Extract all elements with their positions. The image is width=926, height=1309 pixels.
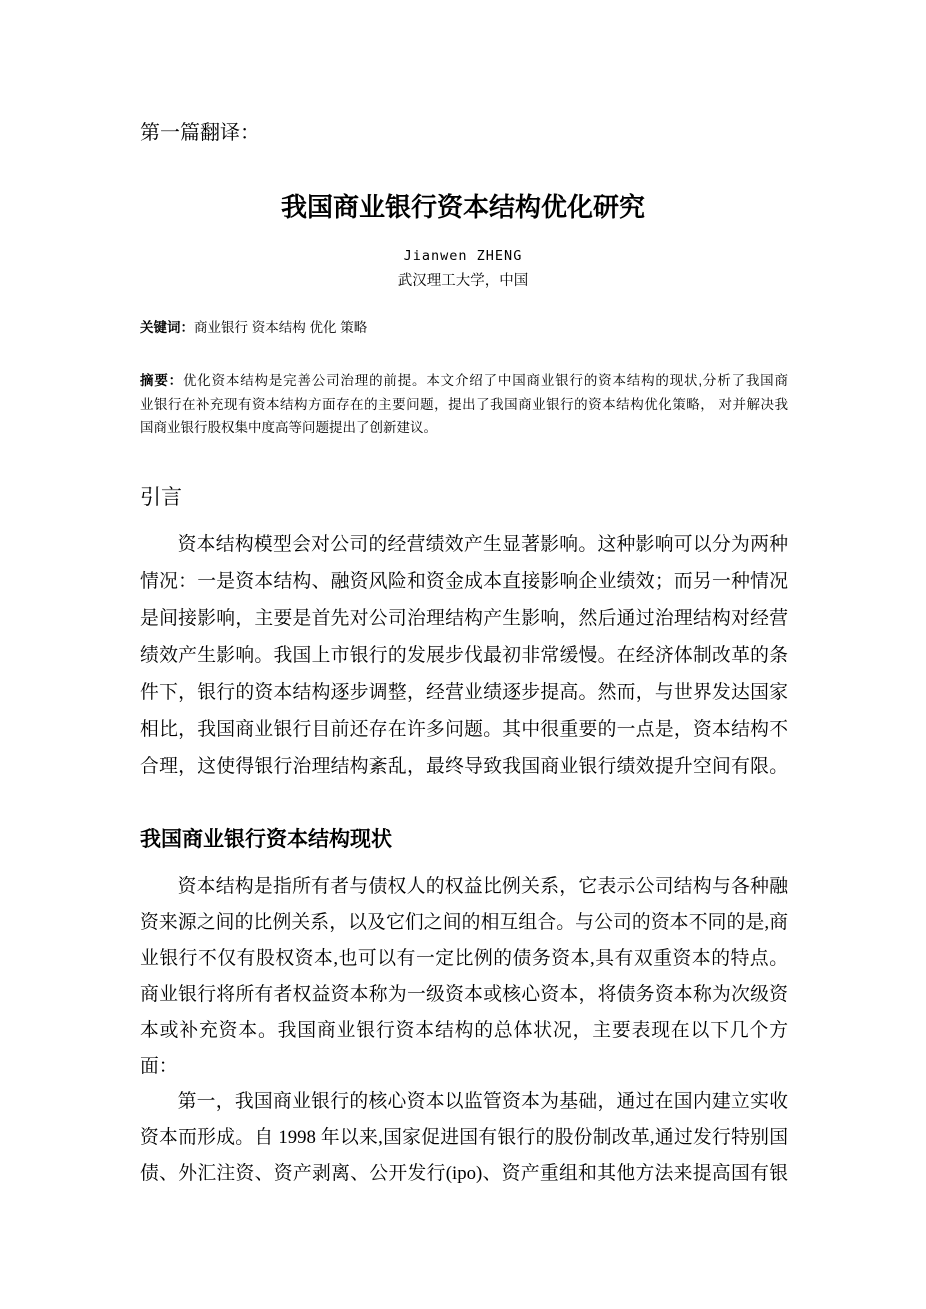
abstract-line: 业银行在补充现有资本结构方面存在的主要问题，提出了我国商业银行的资本结构优化策略… bbox=[140, 393, 788, 417]
body-line: 资本结构模型会对公司的经营绩效产生显著影响。这种影响可以分为两种 bbox=[140, 526, 788, 563]
keywords-label: 关键词： bbox=[140, 320, 194, 335]
body-line: 资来源之间的比例关系，以及它们之间的相互组合。与公司的资本不同的是,商 bbox=[140, 905, 788, 941]
abstract-label: 摘要： bbox=[140, 373, 183, 388]
paper-title: 我国商业银行资本结构优化研究 bbox=[0, 192, 926, 222]
author-name: Jianwen ZHENG bbox=[0, 247, 926, 265]
affiliation: 武汉理工大学，中国 bbox=[0, 271, 926, 291]
body-line: 资本结构是指所有者与债权人的权益比例关系，它表示公司结构与各种融 bbox=[140, 869, 788, 905]
translation-label: 第一篇翻译： bbox=[140, 119, 260, 147]
body-line: 合理，这使得银行治理结构紊乱，最终导致我国商业银行绩效提升空间有限。 bbox=[140, 748, 788, 785]
document-page: 第一篇翻译： 我国商业银行资本结构优化研究 Jianwen ZHENG 武汉理工… bbox=[0, 0, 926, 1309]
body-line: 情况：一是资本结构、融资风险和资金成本直接影响企业绩效；而另一种情况 bbox=[140, 563, 788, 600]
body-line: 绩效产生影响。我国上市银行的发展步伐最初非常缓慢。在经济体制改革的条 bbox=[140, 637, 788, 674]
body-line: 资本而形成。自 1998 年以来,国家促进国有银行的股份制改革,通过发行特别国 bbox=[140, 1120, 788, 1156]
body-line: 业银行不仅有股权资本,也可以有一定比例的债务资本,具有双重资本的特点。 bbox=[140, 941, 788, 977]
body-line: 本或补充资本。我国商业银行资本结构的总体状况，主要表现在以下几个方 bbox=[140, 1013, 788, 1049]
body-line: 件下，银行的资本结构逐步调整，经营业绩逐步提高。然而，与世界发达国家 bbox=[140, 674, 788, 711]
body-line: 商业银行将所有者权益资本称为一级资本或核心资本，将债务资本称为次级资 bbox=[140, 977, 788, 1013]
status-paragraph-1: 资本结构是指所有者与债权人的权益比例关系，它表示公司结构与各种融 资来源之间的比… bbox=[140, 869, 788, 1085]
abstract-line: 摘要：优化资本结构是完善公司治理的前提。本文介绍了中国商业银行的资本结构的现状,… bbox=[140, 369, 788, 393]
body-line: 面： bbox=[140, 1049, 788, 1085]
body-line: 相比，我国商业银行目前还存在许多问题。其中很重要的一点是，资本结构不 bbox=[140, 711, 788, 748]
keywords-line: 关键词：商业银行 资本结构 优化 策略 bbox=[140, 318, 788, 338]
body-line: 第一，我国商业银行的核心资本以监管资本为基础，通过在国内建立实收 bbox=[140, 1084, 788, 1120]
status-paragraph-2: 第一，我国商业银行的核心资本以监管资本为基础，通过在国内建立实收 资本而形成。自… bbox=[140, 1084, 788, 1192]
body-line: 是间接影响，主要是首先对公司治理结构产生影响，然后通过治理结构对经营 bbox=[140, 600, 788, 637]
abstract: 摘要：优化资本结构是完善公司治理的前提。本文介绍了中国商业银行的资本结构的现状,… bbox=[140, 369, 788, 440]
section-heading-introduction: 引言 bbox=[140, 485, 182, 511]
keywords-text: 商业银行 资本结构 优化 策略 bbox=[194, 320, 367, 335]
abstract-line-text: 优化资本结构是完善公司治理的前提。本文介绍了中国商业银行的资本结构的现状,分析了… bbox=[183, 373, 788, 388]
body-line: 债、外汇注资、资产剥离、公开发行(ipo)、资产重组和其他方法来提高国有银 bbox=[140, 1156, 788, 1192]
abstract-line: 国商业银行股权集中度高等问题提出了创新建议。 bbox=[140, 416, 788, 440]
section-heading-status: 我国商业银行资本结构现状 bbox=[140, 827, 392, 853]
introduction-paragraph: 资本结构模型会对公司的经营绩效产生显著影响。这种影响可以分为两种 情况：一是资本… bbox=[140, 526, 788, 785]
